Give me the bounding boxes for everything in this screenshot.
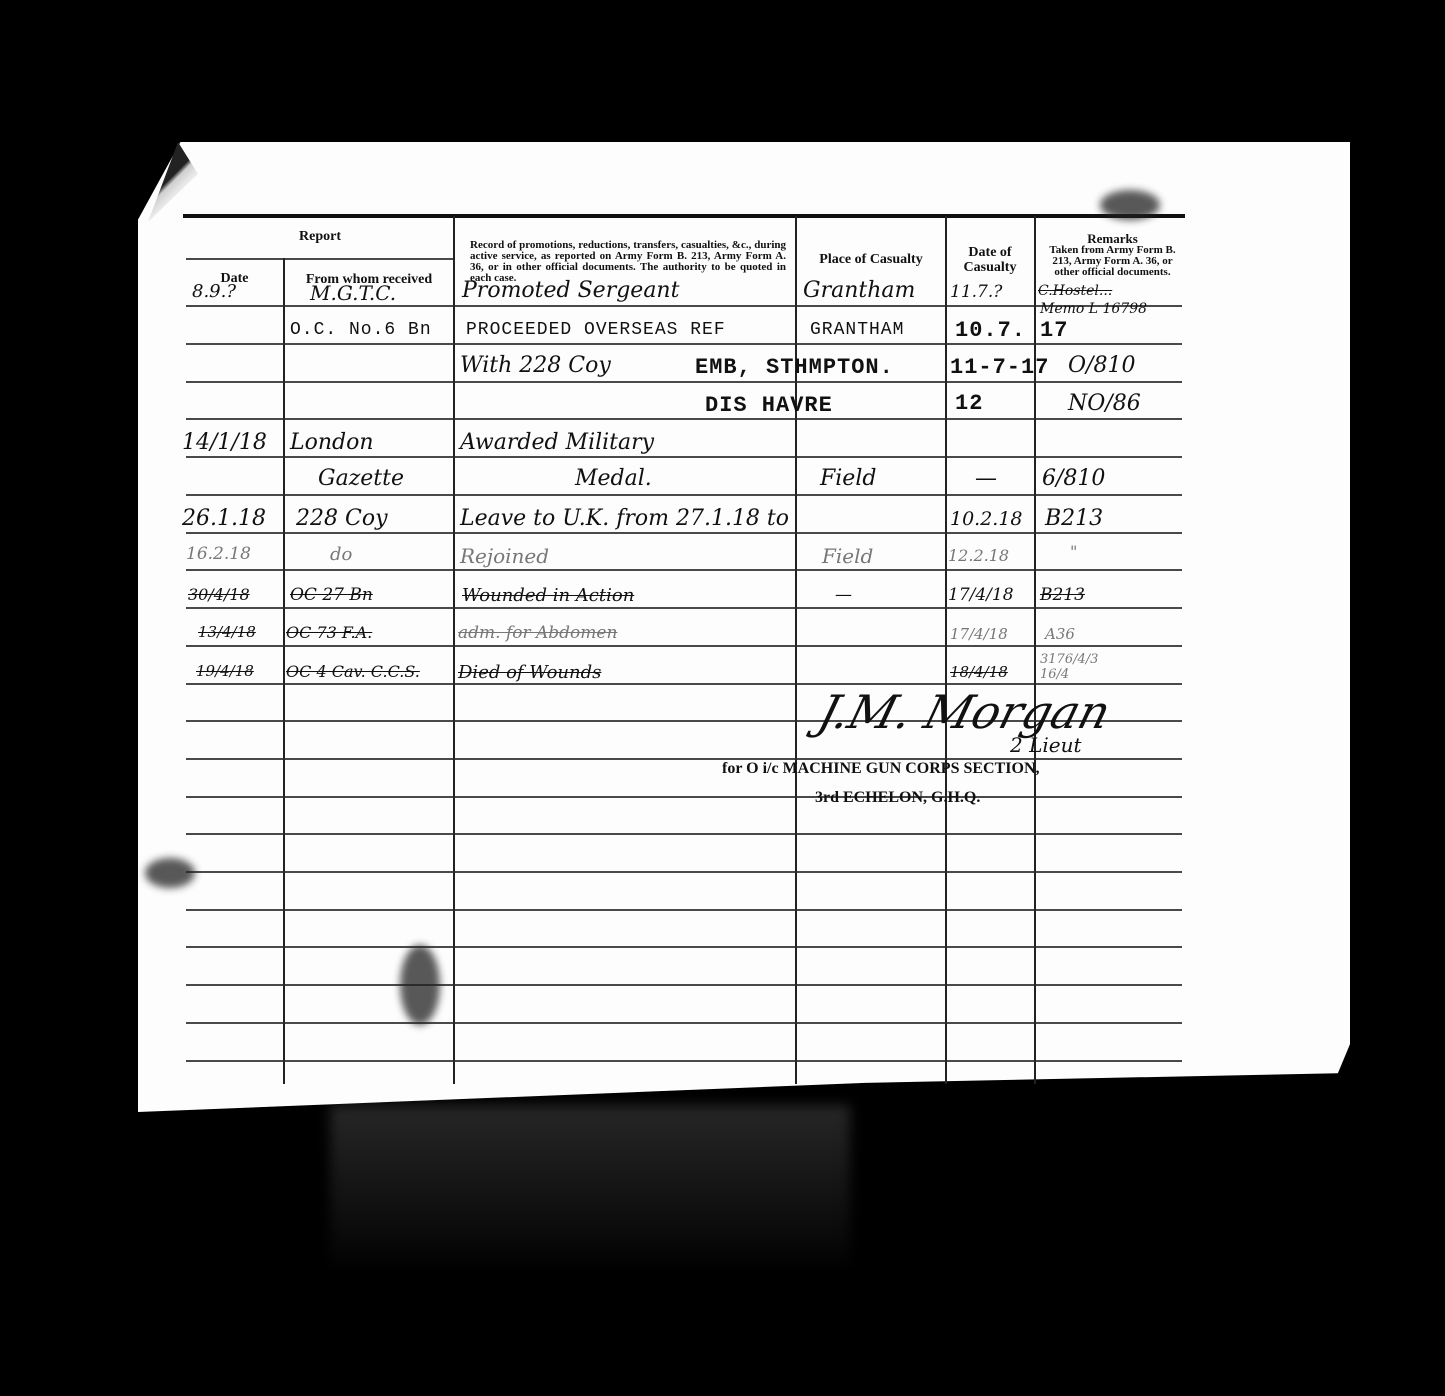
row-date-casualty: 18/4/18 bbox=[950, 663, 1008, 681]
row-rule bbox=[186, 1022, 1182, 1024]
row-rule bbox=[186, 381, 1182, 383]
row-date-casualty: 12 bbox=[955, 391, 983, 416]
row-date-casualty: 11-7-17 bbox=[950, 355, 1049, 380]
row-record: Medal. bbox=[575, 466, 652, 491]
ink-blot bbox=[145, 858, 195, 888]
stamp-line-2: 3rd ECHELON, G.H.Q. bbox=[815, 789, 980, 807]
row-date-casualty: 11.7.? bbox=[950, 282, 1002, 302]
row-rule bbox=[186, 532, 1182, 534]
row-place: Grantham bbox=[803, 278, 915, 303]
row-remarks: O/810 bbox=[1068, 353, 1135, 378]
row-date: 19/4/18 bbox=[196, 662, 254, 680]
row-remarks: 17 bbox=[1040, 318, 1068, 343]
row-rule bbox=[186, 305, 1182, 307]
row-place: GRANTHAM bbox=[810, 320, 904, 340]
row-remarks: 6/810 bbox=[1042, 466, 1105, 491]
row-record: Wounded in Action bbox=[462, 585, 634, 606]
row-rule bbox=[186, 494, 1182, 496]
row-date: 16.2.18 bbox=[186, 544, 251, 564]
row-record: Promoted Sergeant bbox=[462, 278, 679, 303]
row-rule bbox=[186, 645, 1182, 647]
report-subrule bbox=[186, 258, 454, 260]
row-date: 26.1.18 bbox=[182, 506, 266, 531]
row-remarks-struck: C.Hostel... bbox=[1038, 283, 1112, 299]
row-rule bbox=[186, 796, 1182, 798]
row-place: — bbox=[835, 585, 852, 605]
col-divider-record bbox=[795, 216, 797, 1084]
row-rule bbox=[186, 456, 1182, 458]
row-from: do bbox=[330, 544, 352, 565]
row-rule bbox=[186, 909, 1182, 911]
row-rule bbox=[186, 984, 1182, 986]
row-rule bbox=[186, 418, 1182, 420]
col-divider-from bbox=[453, 216, 455, 1084]
row-date-casualty: 10.2.18 bbox=[950, 508, 1023, 530]
ink-blot bbox=[1100, 190, 1160, 220]
row-from: OC 4 Cav. C.C.S. bbox=[286, 662, 420, 681]
form-grid: Report Date From whom received Record of… bbox=[0, 0, 1445, 1396]
row-from: OC 73 F.A. bbox=[286, 623, 372, 642]
header-remarks-sub: Taken from Army Form B. 213, Army Form A… bbox=[1040, 245, 1185, 278]
row-rule bbox=[186, 1060, 1182, 1062]
row-remarks: B213 bbox=[1040, 585, 1085, 605]
row-date: 13/4/18 bbox=[198, 623, 256, 641]
row-from: O.C. No.6 Bn bbox=[290, 320, 432, 340]
row-remarks: A36 bbox=[1045, 625, 1075, 643]
row-record-typed: EMB, STHMPTON. bbox=[695, 355, 894, 380]
row-remarks: NO/86 bbox=[1068, 391, 1141, 416]
row-record: adm. for Abdomen bbox=[458, 623, 617, 643]
row-rule bbox=[186, 946, 1182, 948]
row-date-casualty: — bbox=[975, 466, 997, 491]
row-remarks: B213 bbox=[1045, 506, 1103, 531]
row-from: OC 27 Bn bbox=[290, 585, 373, 605]
row-rule bbox=[186, 607, 1182, 609]
row-place: Field bbox=[820, 466, 876, 491]
signature-rank: 2 Lieut bbox=[1010, 733, 1082, 757]
row-from: M.G.T.C. bbox=[310, 281, 396, 305]
row-record: Rejoined bbox=[460, 544, 549, 568]
row-date-casualty: 10.7. bbox=[955, 318, 1026, 343]
row-date: 30/4/18 bbox=[188, 585, 250, 604]
row-rule bbox=[186, 871, 1182, 873]
row-date: 8.9.? bbox=[192, 281, 236, 302]
row-remarks: " bbox=[1070, 542, 1077, 561]
row-from: 228 Coy bbox=[296, 506, 388, 531]
header-place: Place of Casualty bbox=[797, 252, 945, 268]
row-date-casualty: 12.2.18 bbox=[948, 546, 1009, 565]
officer-signature: J.M. Morgan bbox=[813, 685, 1117, 739]
row-date: 14/1/18 bbox=[182, 430, 267, 455]
row-record: PROCEEDED OVERSEAS REF bbox=[466, 320, 726, 340]
row-remarks: Memo L 16798 bbox=[1040, 301, 1147, 317]
row-record: Awarded Military bbox=[460, 430, 654, 455]
row-record: Leave to U.K. from 27.1.18 to bbox=[460, 506, 789, 531]
row-rule bbox=[186, 569, 1182, 571]
row-record: With 228 Coy bbox=[460, 353, 611, 378]
header-date-casualty: Date of Casualty bbox=[950, 245, 1030, 275]
ink-blot bbox=[400, 945, 440, 1025]
row-date-casualty: 17/4/18 bbox=[950, 625, 1008, 643]
row-record-typed: DIS HAVRE bbox=[705, 393, 833, 418]
row-date-casualty: 17/4/18 bbox=[948, 585, 1014, 605]
col-divider-datecas bbox=[1034, 216, 1036, 1084]
header-report: Report bbox=[186, 229, 454, 245]
row-rule bbox=[186, 343, 1182, 345]
stamp-line-1: for O i/c MACHINE GUN CORPS SECTION, bbox=[722, 760, 1040, 778]
row-from: London bbox=[290, 430, 374, 455]
row-rule bbox=[186, 833, 1182, 835]
row-record: Died of Wounds bbox=[458, 662, 601, 683]
col-divider-place bbox=[945, 216, 947, 1084]
row-remarks: 3176/4/3 16/4 bbox=[1040, 652, 1110, 682]
row-from: Gazette bbox=[318, 466, 404, 491]
row-place: Field bbox=[822, 544, 873, 568]
